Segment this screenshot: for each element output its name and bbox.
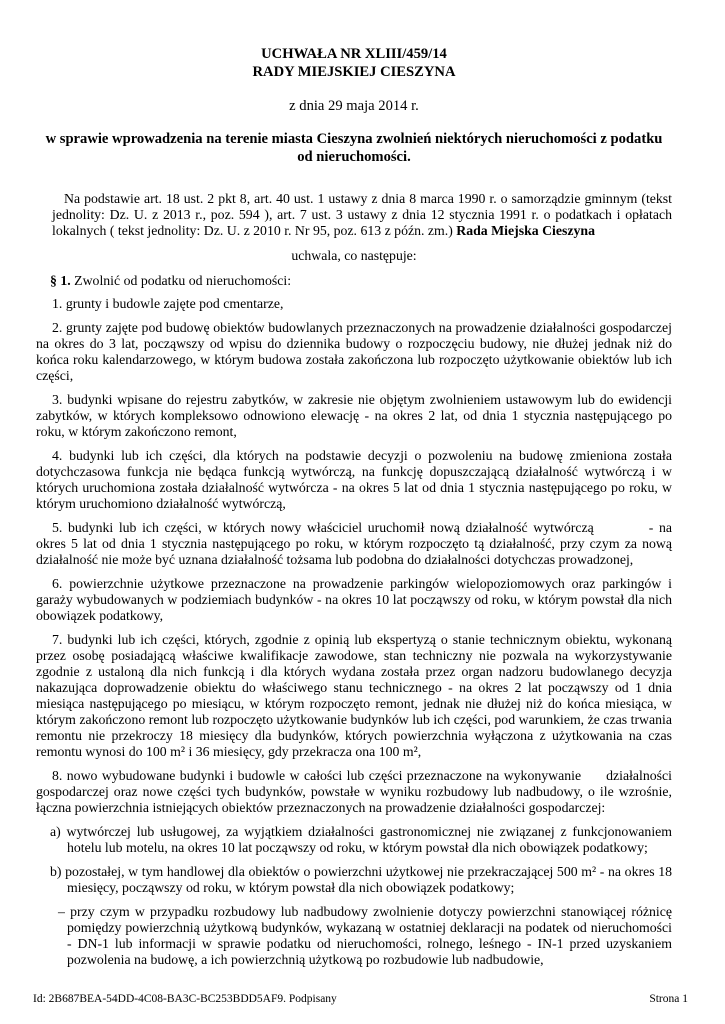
letter-a-text: wytwórczej lub usługowej, za wyjątkiem d… — [67, 824, 672, 855]
point-2-text: grunty zajęte pod budowę obiektów budowl… — [36, 320, 672, 383]
footer-page-number: Strona 1 — [649, 992, 688, 1006]
point-6-text: powierzchnie użytkowe przeznaczone na pr… — [36, 576, 672, 623]
dash-item-text: przy czym w przypadku rozbudowy lub nadb… — [67, 904, 672, 967]
letter-b-text: pozostałej, w tym handlowej dla obiektów… — [65, 864, 672, 895]
point-1-text: grunty i budowle zajęte pod cmentarze, — [66, 296, 284, 311]
section-1-heading: § 1. Zwolnić od podatku od nieruchomości… — [36, 273, 672, 289]
point-1-number: 1. — [52, 296, 62, 311]
section-1-marker: § 1. — [50, 273, 71, 288]
dash-marker: – — [58, 904, 65, 919]
letter-a-marker: a) — [50, 824, 61, 839]
document-header: UCHWAŁA NR XLIII/459/14 RADY MIEJSKIEJ C… — [36, 46, 672, 81]
point-4: 4. budynki lub ich części, dla których n… — [36, 448, 672, 512]
point-4-text: budynki lub ich części, dla których na p… — [36, 448, 672, 511]
point-7-text: budynki lub ich części, których, zgodnie… — [36, 632, 672, 759]
letter-b-item: b) pozostałej, w tym handlowej dla obiek… — [50, 864, 672, 896]
section-1-text: Zwolnić od podatku od nieruchomości: — [74, 273, 291, 288]
subject-line: w sprawie wprowadzenia na terenie miasta… — [37, 130, 671, 166]
enacting-clause: uchwala, co następuje: — [36, 248, 672, 264]
point-7: 7. budynki lub ich części, których, zgod… — [36, 632, 672, 760]
point-6: 6. powierzchnie użytkowe przeznaczone na… — [36, 576, 672, 624]
point-3-number: 3. — [52, 392, 62, 407]
council-name-bold: Rada Miejska Cieszyna — [456, 223, 595, 238]
point-5-text: budynki lub ich części, w których nowy w… — [68, 520, 594, 535]
point-7-number: 7. — [52, 632, 62, 647]
point-2: 2. grunty zajęte pod budowę obiektów bud… — [36, 320, 672, 384]
point-3: 3. budynki wpisane do rejestru zabytków,… — [36, 392, 672, 440]
point-2-number: 2. — [52, 320, 62, 335]
point-5: 5. budynki lub ich części, w których now… — [36, 520, 672, 568]
resolution-number: UCHWAŁA NR XLIII/459/14 — [36, 46, 672, 64]
letter-b-marker: b) — [50, 864, 62, 879]
dash-item: – przy czym w przypadku rozbudowy lub na… — [58, 904, 672, 968]
date-line: z dnia 29 maja 2014 r. — [36, 98, 672, 114]
point-8: 8. nowo wybudowane budynki i budowle w c… — [36, 768, 672, 816]
council-name: RADY MIEJSKIEJ CIESZYNA — [36, 64, 672, 82]
page-footer: Id: 2B687BEA-54DD-4C08-BA3C-BC253BDD5AF9… — [33, 992, 688, 1006]
letter-a-item: a) wytwórczej lub usługowej, za wyjątkie… — [50, 824, 672, 856]
point-5-number: 5. — [52, 520, 62, 535]
legal-basis-paragraph: Na podstawie art. 18 ust. 2 pkt 8, art. … — [52, 191, 672, 239]
document-page: UCHWAŁA NR XLIII/459/14 RADY MIEJSKIEJ C… — [0, 0, 725, 1024]
point-6-number: 6. — [52, 576, 62, 591]
point-3-text: budynki wpisane do rejestru zabytków, w … — [36, 392, 672, 439]
point-8-number: 8. — [52, 768, 62, 783]
point-8-text: nowo wybudowane budynki i budowle w cało… — [67, 768, 581, 783]
footer-document-id: Id: 2B687BEA-54DD-4C08-BA3C-BC253BDD5AF9… — [33, 992, 337, 1006]
point-4-number: 4. — [52, 448, 62, 463]
point-1: 1. grunty i budowle zajęte pod cmentarze… — [36, 296, 672, 312]
